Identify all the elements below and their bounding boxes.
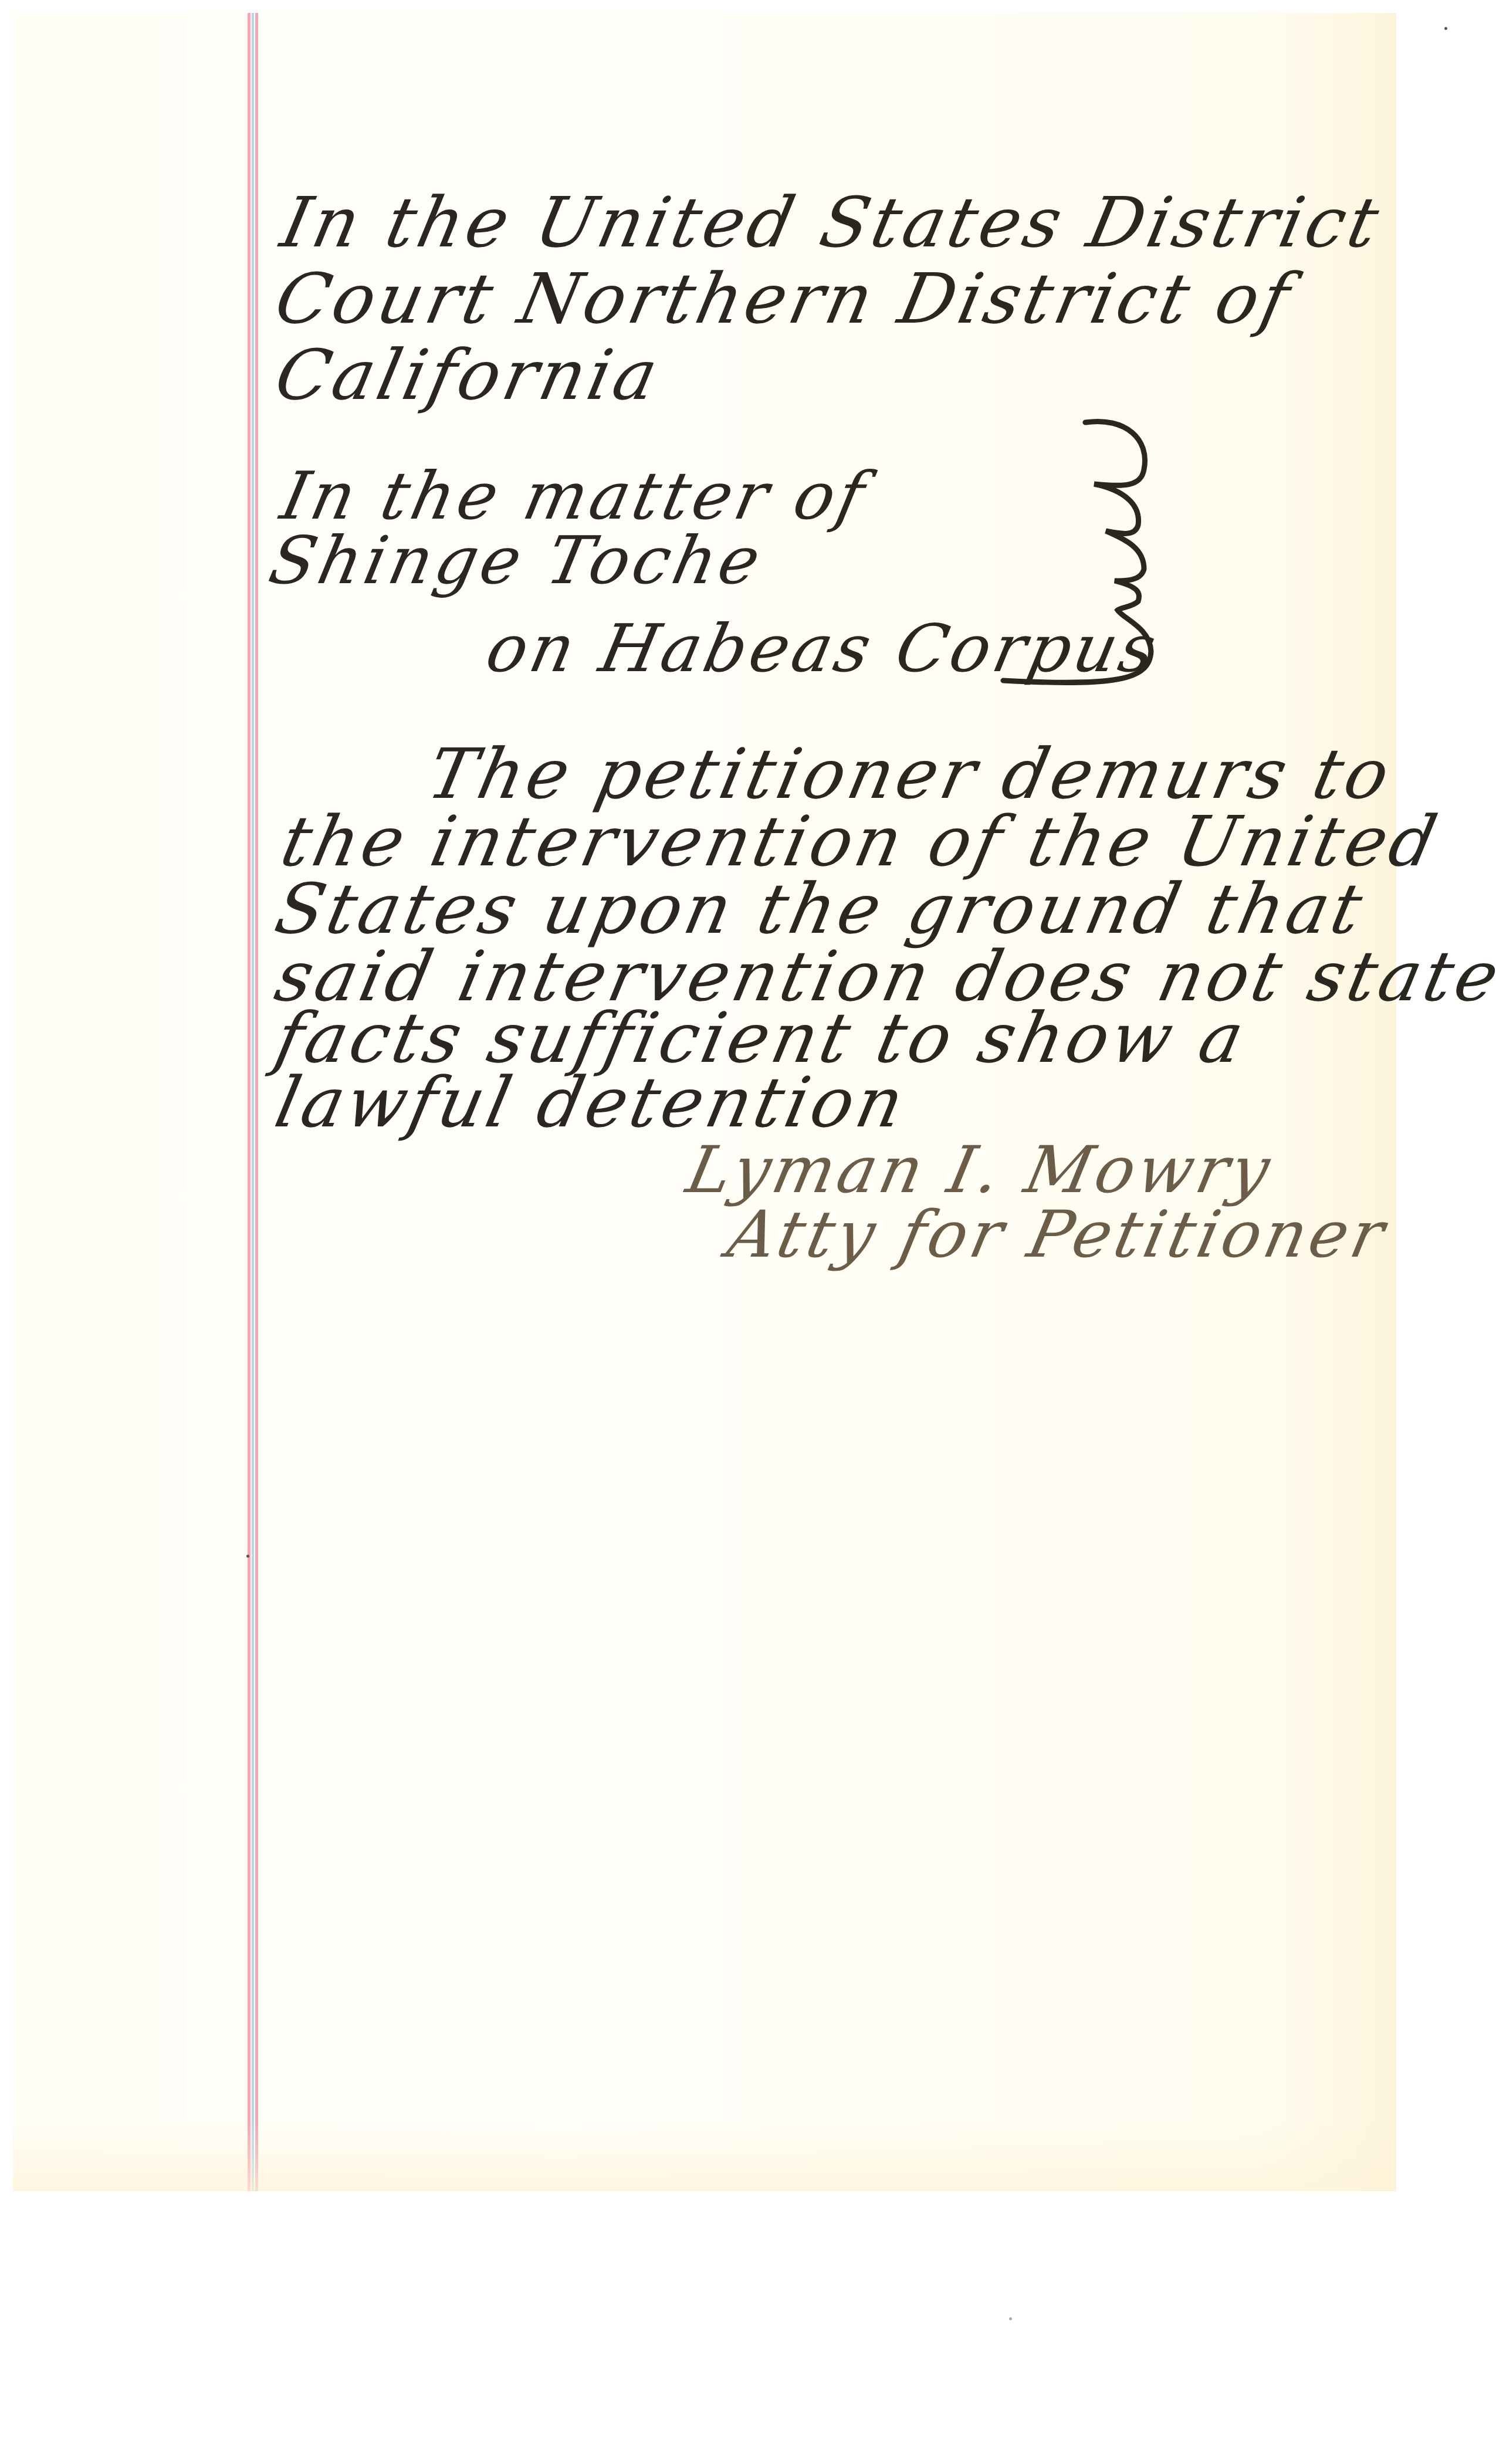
body-line-1: The petitioner demurs to [422,739,1399,808]
court-heading-line-3: California [270,340,666,409]
court-heading-line-2: Court Northern District of [270,264,1299,333]
case-caption-party-name: Shinge Toche [264,528,769,594]
case-caption-line-1: In the matter of [276,463,873,529]
margin-rule-pink-left [248,13,251,2191]
speck-mark [1444,27,1447,30]
court-heading-line-1: In the United States District [276,188,1387,257]
margin-rule-blue [252,13,254,2191]
body-line-2: the intervention of the United [276,807,1446,876]
margin-rule-pink-right [255,13,258,2191]
speck-mark [1009,2317,1012,2320]
caption-brace-icon [997,405,1173,698]
signature-name: Lyman I. Mowry [681,1132,1280,1207]
body-line-3: States upon the ground that [270,874,1371,943]
signature-title: Atty for Petitioner [722,1197,1394,1272]
body-line-6: lawful detention [270,1068,913,1137]
speck-mark [246,1555,249,1558]
